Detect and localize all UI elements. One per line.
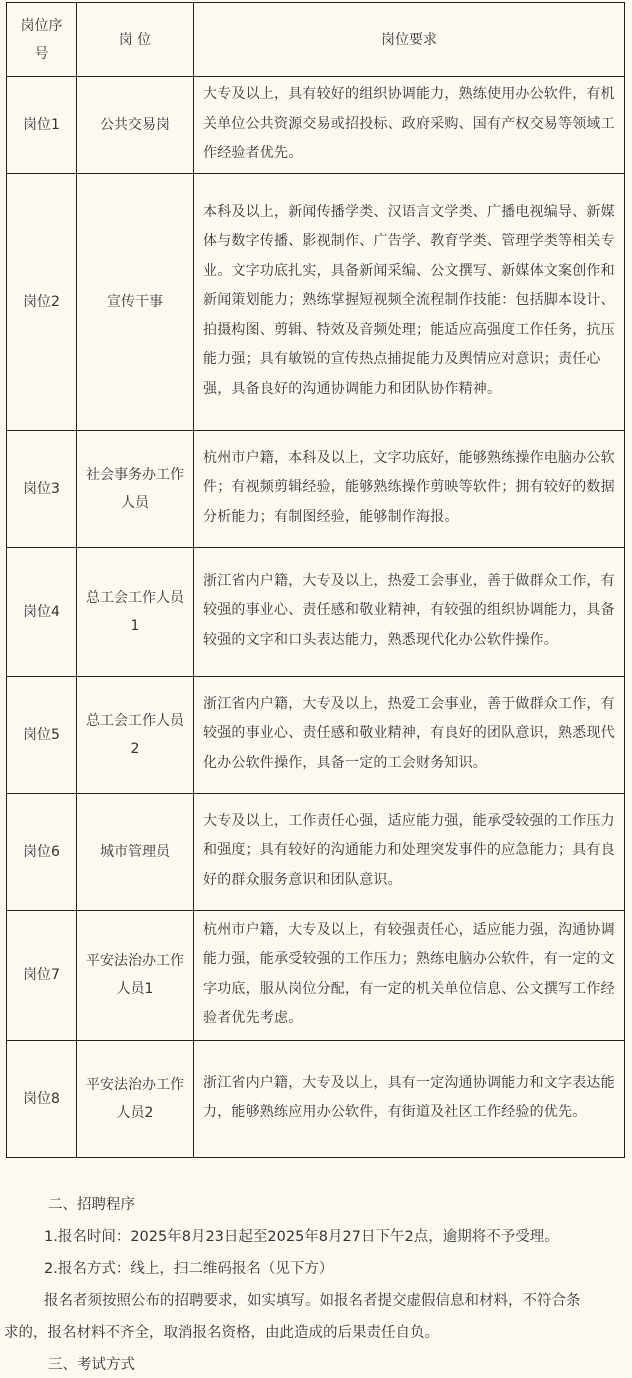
position-requirements: 浙江省内户籍，大专及以上，热爱工会事业，善于做群众工作，有较强的事业心、责任感和… — [194, 547, 625, 676]
notice-text-line2: 求的，报名材料不齐全，取消报名资格，由此造成的后果责任自负。 — [4, 1318, 632, 1348]
job-positions-table: 岗位序号 岗 位 岗位要求 岗位1 公共交易岗 大专及以上，具有较好的组织协调能… — [6, 2, 625, 1158]
position-requirements: 本科及以上，新闻传播学类、汉语言文学类、广播电视编导、新媒体与数字传播、影视制作… — [194, 173, 625, 430]
position-name: 宣传干事 — [77, 173, 194, 430]
table-row: 岗位8 平安法治办工作人员2 浙江省内户籍，大专及以上，具有一定沟通协调能力和文… — [7, 1040, 625, 1157]
position-name: 总工会工作人员2 — [77, 676, 194, 793]
header-position: 岗 位 — [77, 3, 194, 77]
position-name: 平安法治办工作人员2 — [77, 1040, 194, 1157]
table-row: 岗位1 公共交易岗 大专及以上，具有较好的组织协调能力，熟练使用办公软件，有机关… — [7, 77, 625, 174]
position-requirements: 大专及以上，具有较好的组织协调能力，熟练使用办公软件，有机关单位公共资源交易或招… — [194, 77, 625, 174]
position-name: 公共交易岗 — [77, 77, 194, 174]
position-name: 总工会工作人员1 — [77, 547, 194, 676]
position-id: 岗位5 — [7, 676, 77, 793]
header-position-number: 岗位序号 — [7, 3, 77, 77]
position-id: 岗位7 — [7, 910, 77, 1040]
table-row: 岗位6 城市管理员 大专及以上，工作责任心强，适应能力强，能承受较强的工作压力和… — [7, 793, 625, 910]
header-label: 岗位要求 — [381, 32, 437, 48]
header-label: 岗位序号 — [21, 18, 63, 62]
header-requirements: 岗位要求 — [194, 3, 625, 77]
position-id: 岗位2 — [7, 173, 77, 430]
position-name: 平安法治办工作人员1 — [77, 910, 194, 1040]
header-label: 岗 位 — [119, 32, 151, 48]
position-id: 岗位6 — [7, 793, 77, 910]
table-row: 岗位2 宣传干事 本科及以上，新闻传播学类、汉语言文学类、广播电视编导、新媒体与… — [7, 173, 625, 430]
position-requirements: 杭州市户籍，本科及以上，文字功底好，能够熟练操作电脑办公软件；有视频剪辑经验，能… — [194, 430, 625, 547]
position-id: 岗位3 — [7, 430, 77, 547]
position-id: 岗位8 — [7, 1040, 77, 1157]
section-heading-recruitment: 二、招聘程序 — [48, 1190, 632, 1220]
position-id: 岗位1 — [7, 77, 77, 174]
section-heading-exam: 三、考试方式 — [48, 1350, 632, 1378]
position-requirements: 浙江省内户籍，大专及以上，具有一定沟通协调能力和文字表达能力，能够熟练应用办公软… — [194, 1040, 625, 1157]
table-row: 岗位3 社会事务办工作人员 杭州市户籍，本科及以上，文字功底好，能够熟练操作电脑… — [7, 430, 625, 547]
position-name: 城市管理员 — [77, 793, 194, 910]
position-id: 岗位4 — [7, 547, 77, 676]
position-requirements: 大专及以上，工作责任心强，适应能力强，能承受较强的工作压力和强度；具有较好的沟通… — [194, 793, 625, 910]
table-header-row: 岗位序号 岗 位 岗位要求 — [7, 3, 625, 77]
position-name: 社会事务办工作人员 — [77, 430, 194, 547]
table-row: 岗位7 平安法治办工作人员1 杭州市户籍，大专及以上，有较强责任心，适应能力强，… — [7, 910, 625, 1040]
notice-text-line1: 报名者须按照公布的招聘要求，如实填写。如报名者提交虚假信息和材料，不符合条 — [44, 1286, 632, 1316]
registration-time: 1.报名时间：2025年8月23日起至2025年8月27日下午2点，逾期将不予受… — [44, 1222, 632, 1252]
table-row: 岗位5 总工会工作人员2 浙江省内户籍，大专及以上，热爱工会事业，善于做群众工作… — [7, 676, 625, 793]
registration-method: 2.报名方式：线上，扫二维码报名（见下方） — [44, 1254, 632, 1284]
position-requirements: 浙江省内户籍，大专及以上，热爱工会事业，善于做群众工作，有较强的事业心、责任感和… — [194, 676, 625, 793]
position-requirements: 杭州市户籍，大专及以上，有较强责任心，适应能力强，沟通协调能力强，能承受较强的工… — [194, 910, 625, 1040]
table-row: 岗位4 总工会工作人员1 浙江省内户籍，大专及以上，热爱工会事业，善于做群众工作… — [7, 547, 625, 676]
